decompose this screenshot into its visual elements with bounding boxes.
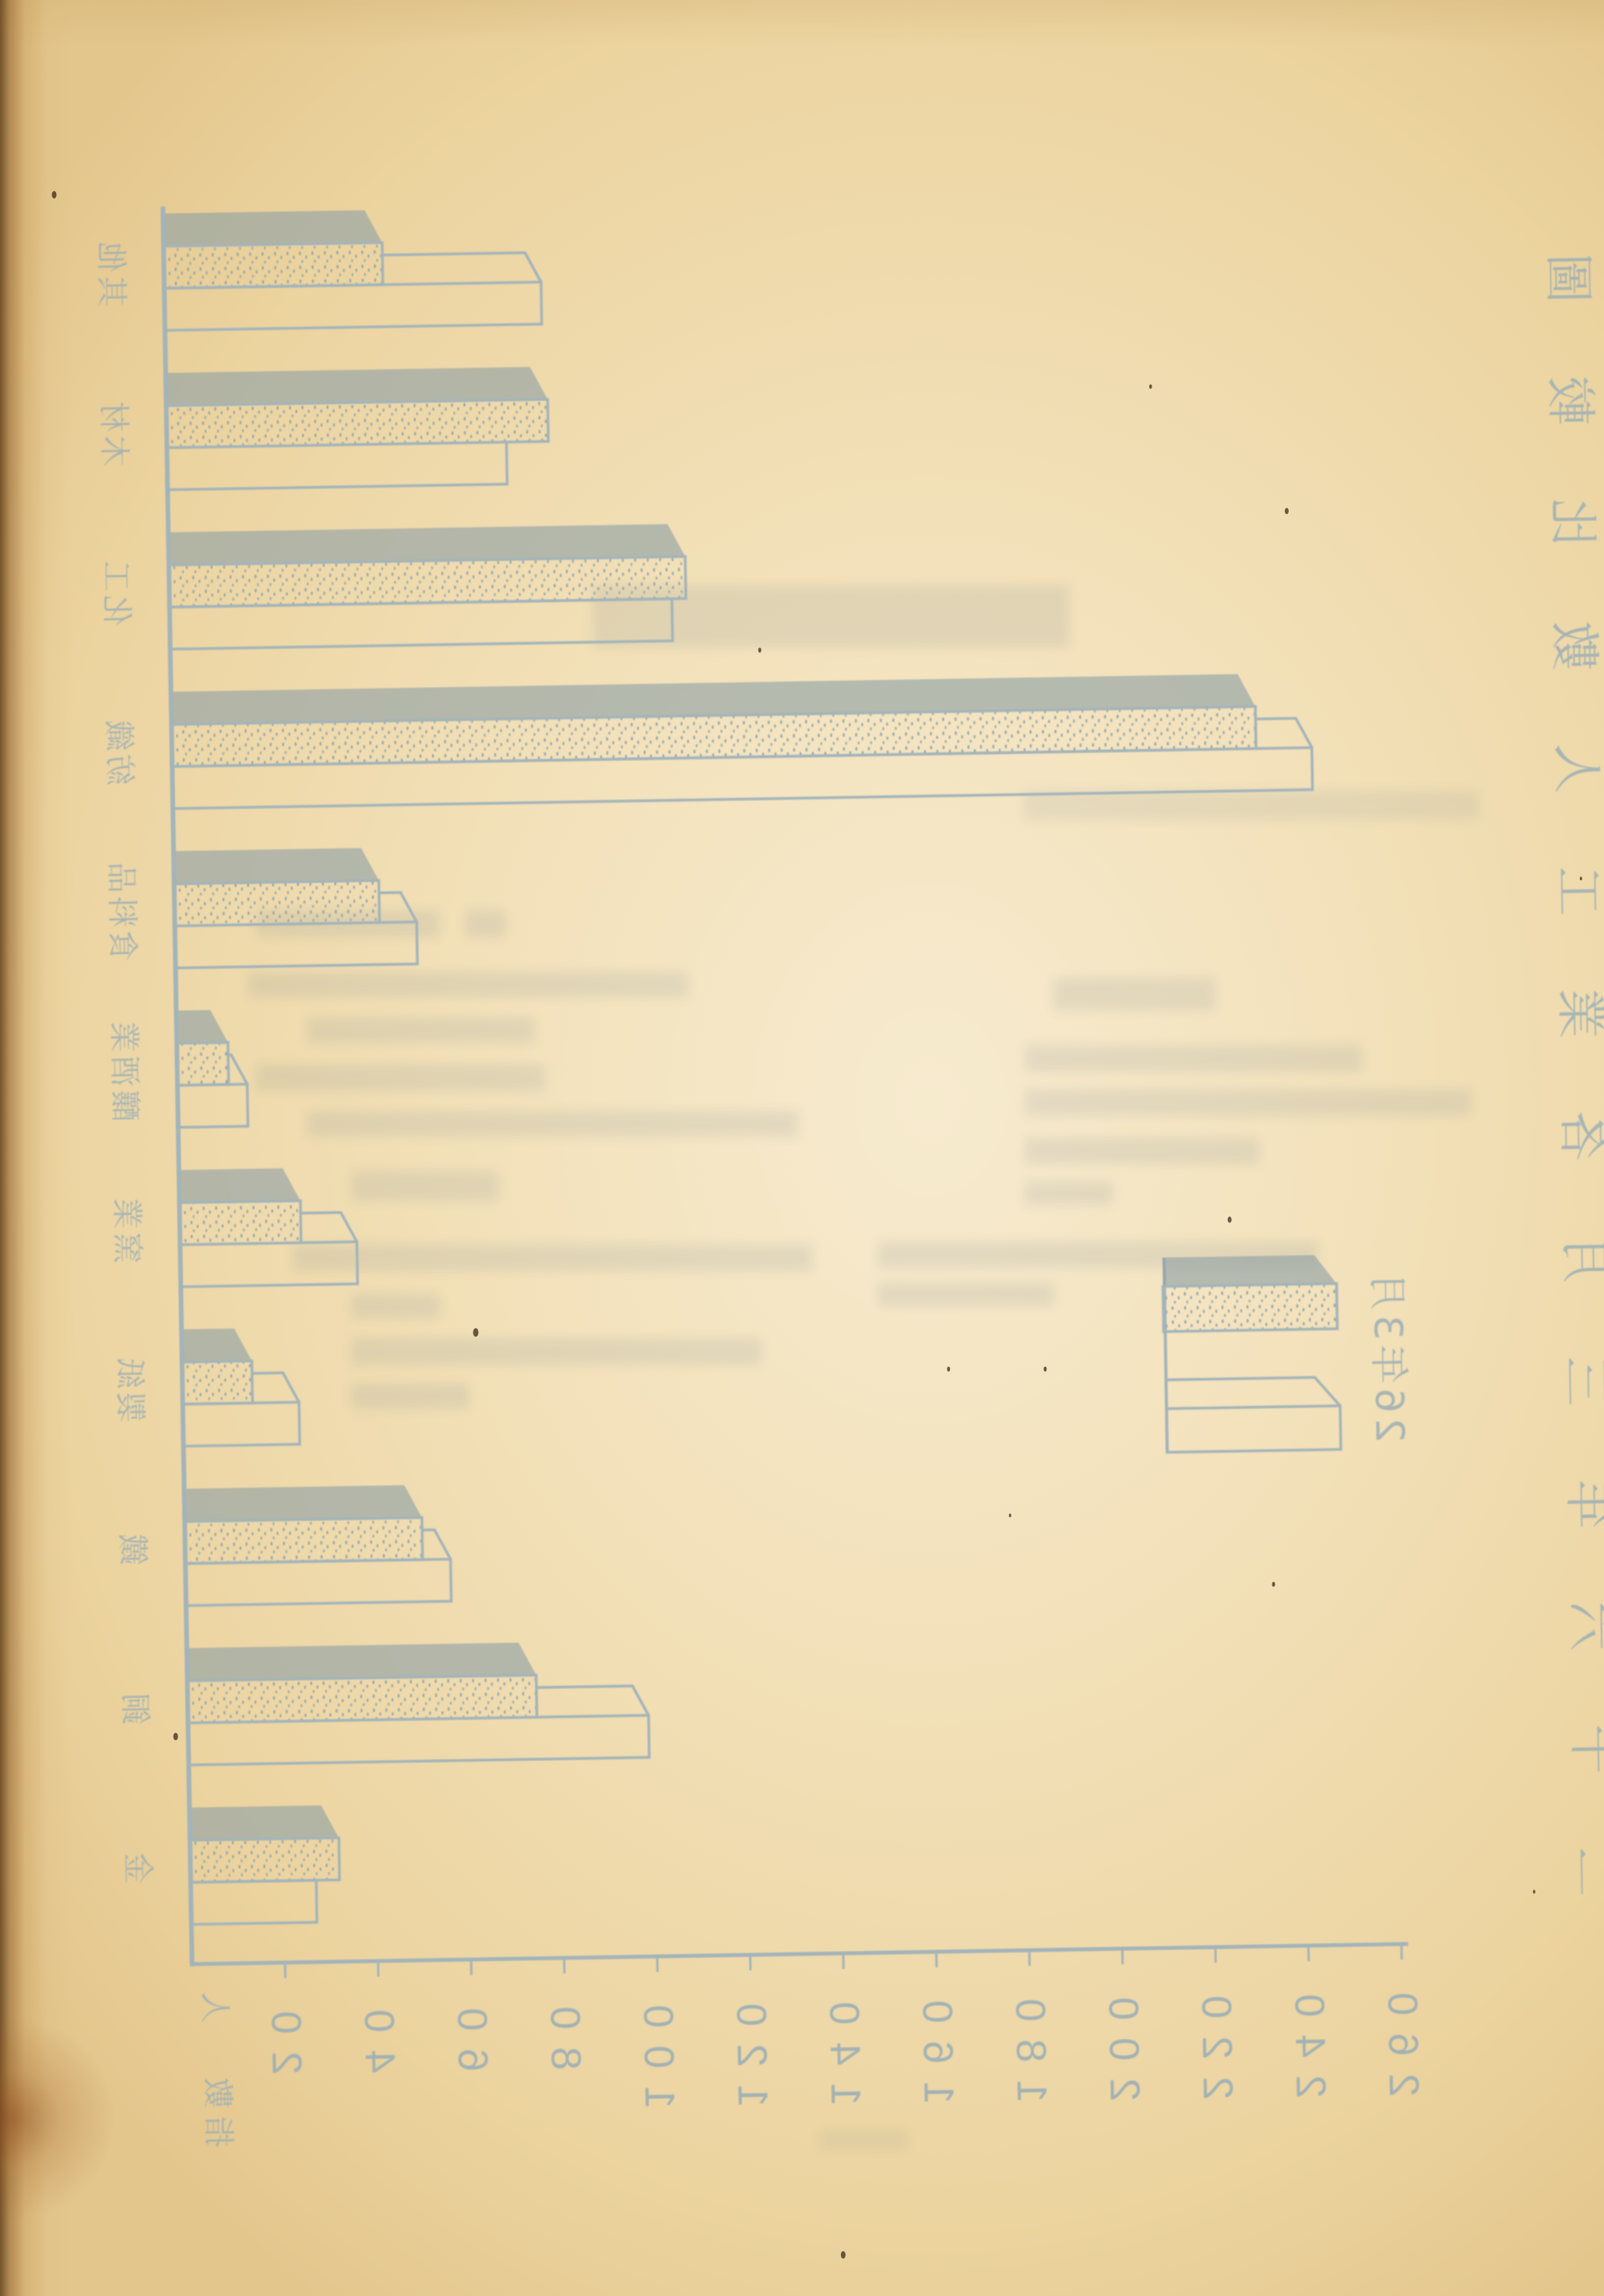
ghost-text-line: [1025, 1138, 1259, 1164]
ghost-text-line: [308, 1018, 534, 1043]
ghost-text-line: [1025, 1090, 1471, 1116]
value-axis-tick-label: 20: [262, 1993, 311, 2075]
ghost-text-line: [466, 910, 505, 937]
ghost-text-line: [1025, 791, 1479, 820]
bar-dotted-series: [188, 1675, 537, 1723]
bar-group: [189, 1805, 340, 1924]
value-axis-tick-label: 140: [821, 1984, 870, 2107]
value-axis-tick-label: 240: [1286, 1977, 1335, 2099]
axis-unit-label: 人: [196, 1991, 233, 2023]
bar-outline-series-top: [301, 1212, 357, 1242]
legend-swatch-outline-cap: [1166, 1377, 1341, 1409]
bar-dotted-series-top: [176, 1009, 227, 1043]
bar-dotted-series-top: [174, 848, 379, 884]
value-axis-tick-label: 180: [1007, 1981, 1056, 2104]
ghost-text-line: [351, 1294, 439, 1318]
ghost-text-line: [820, 2130, 908, 2149]
bar-dotted-series: [164, 243, 383, 289]
bar-outline-series-top: [536, 1685, 649, 1717]
bar-outline-series-top: [1255, 718, 1311, 748]
paper-speck: [1043, 1367, 1046, 1372]
bar-outline-series: [191, 1880, 317, 1924]
chart-title: 二十六年三月各業工人數比較圖: [1538, 253, 1604, 1897]
paper-speck: [174, 1733, 178, 1741]
value-axis-tick-label: 220: [1193, 1978, 1242, 2101]
bar-dotted-series-top: [179, 1168, 301, 1203]
category-label: 鐵: [114, 1530, 150, 1565]
legend-label: 26年3月: [1364, 1266, 1412, 1442]
ghost-text-line: [1025, 1045, 1361, 1072]
bar-outline-series: [167, 442, 507, 490]
paper-speck: [1580, 877, 1582, 881]
category-label: 紡織: [100, 717, 137, 786]
category-label: 製紙: [111, 1354, 148, 1424]
bar-group: [166, 367, 549, 490]
paper-speck: [841, 2251, 846, 2259]
paper-speck: [1228, 1217, 1232, 1223]
bar-group: [163, 207, 541, 330]
bar-outline-series-top: [382, 252, 541, 284]
bar-dotted-series: [177, 1042, 229, 1085]
category-label: 銅: [117, 1690, 153, 1725]
bar-group: [187, 1640, 649, 1765]
bar-outline-series-top: [228, 1055, 248, 1084]
paper-speck: [1533, 1890, 1535, 1894]
value-axis-tick-label: 60: [448, 1990, 497, 2072]
bar-dotted-series: [166, 400, 548, 448]
ghost-text-line: [351, 1384, 468, 1409]
value-axis-tick-label: 160: [913, 1983, 962, 2105]
legend: 26年3月: [1163, 1254, 1412, 1453]
value-axis-tick-labels: 20406080100120140160180200220240260: [262, 1975, 1427, 2116]
ghost-text-line: [256, 1065, 544, 1091]
bar-dotted-series-top: [189, 1805, 339, 1840]
ghost-text-line: [351, 1338, 761, 1365]
paper-speck: [758, 648, 762, 653]
bar-group: [184, 1484, 451, 1606]
bleed-through-chart: 20406080100120140160180200220240260 其他木材…: [0, 0, 1604, 2296]
ghost-text-line: [351, 1171, 498, 1201]
paper-speck: [1149, 384, 1152, 389]
ghost-text-layer: [249, 586, 1479, 2150]
bar-outline-series: [164, 282, 542, 330]
category-label: 金: [119, 1850, 156, 1885]
bar-dotted-series-top: [181, 1328, 252, 1361]
bar-group: [174, 847, 417, 968]
category-label: 食料品: [103, 859, 140, 963]
bar-dotted-series-top: [184, 1485, 421, 1522]
bar-dotted-series: [174, 881, 380, 926]
value-axis-tick-label: 200: [1099, 1980, 1148, 2102]
ghost-text-line: [1054, 978, 1215, 1010]
bar-dotted-series: [185, 1518, 423, 1564]
bar-dotted-series-top: [163, 210, 382, 247]
ghost-text-line: [1025, 1181, 1113, 1205]
category-label: 其他: [93, 238, 129, 308]
paper-speck: [473, 1328, 479, 1336]
paper-speck: [1272, 1582, 1275, 1586]
bar-outline-series-top: [252, 1372, 299, 1403]
value-axis-line: [192, 1944, 1406, 1964]
bar-outline-series-top: [422, 1530, 450, 1560]
bar-dotted-series: [182, 1361, 253, 1403]
bar-dotted-series: [179, 1201, 301, 1245]
value-axis-tick-label: 40: [355, 1991, 403, 2073]
scanned-page: 20406080100120140160180200220240260 其他木材…: [0, 0, 1604, 2296]
bar-outline-series: [183, 1402, 300, 1446]
category-label: 木材: [95, 398, 132, 467]
bar-group: [181, 1327, 300, 1446]
legend-swatch-dotted: [1163, 1284, 1338, 1332]
paper-speck: [1009, 1513, 1011, 1517]
ghost-text-line: [308, 1111, 798, 1136]
bar-dotted-series: [190, 1838, 339, 1882]
legend-swatch-dotted-cap: [1163, 1255, 1337, 1287]
value-axis-tick-label: 100: [635, 1987, 684, 2109]
legend-swatch-outline: [1166, 1406, 1341, 1453]
paper-speck: [947, 1367, 950, 1372]
bar-group: [176, 1009, 248, 1127]
bar-outline-series: [185, 1559, 451, 1606]
category-label: 窯業: [108, 1195, 145, 1264]
ghost-text-line: [249, 972, 688, 997]
value-axis-tick-label: 120: [727, 1985, 776, 2108]
value-axis-tick-label: 80: [541, 1988, 589, 2070]
value-axis-tick-label: 260: [1379, 1975, 1428, 2097]
category-label: 釀酒業: [105, 1018, 142, 1122]
ghost-text-line: [878, 1283, 1054, 1306]
axis-caption: 指數: [199, 2069, 237, 2148]
paper-speck: [52, 191, 57, 199]
paper-speck: [1285, 508, 1289, 514]
category-label: 化工: [98, 557, 135, 626]
category-labels: 其他木材化工紡織食料品釀酒業窯業製紙鐵銅金: [93, 238, 156, 1884]
chart-group: 20406080100120140160180200220240260 其他木材…: [92, 185, 1604, 2150]
bar-outline-series: [178, 1084, 248, 1127]
bar-group: [171, 673, 1313, 808]
bar-dotted-series: [169, 557, 686, 607]
ghost-text-line: [293, 1245, 812, 1271]
